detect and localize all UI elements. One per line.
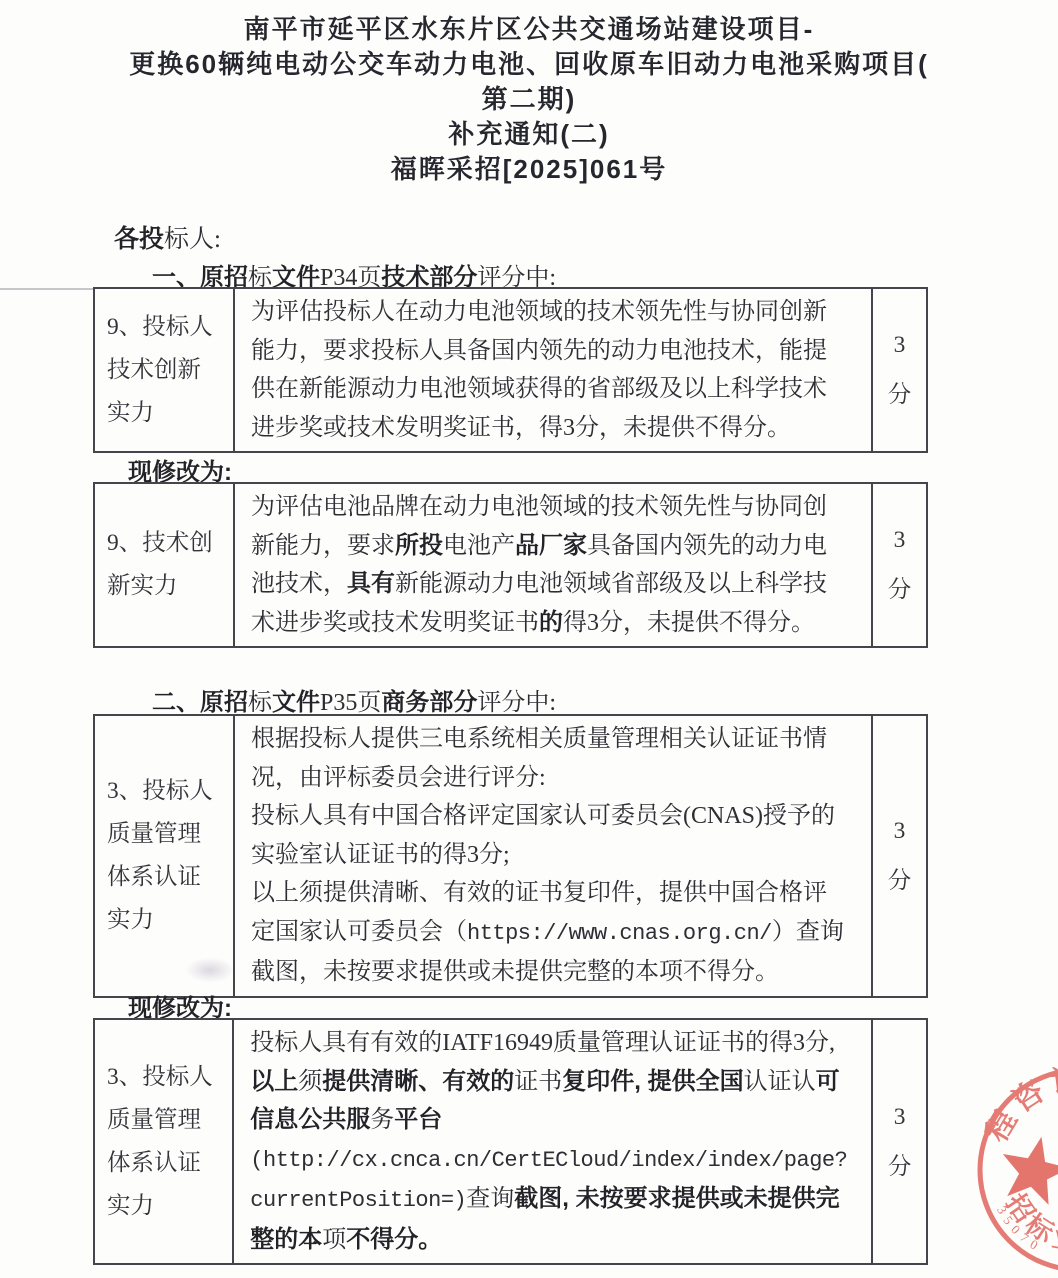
- scan-artifact-line: [0, 288, 95, 290]
- title-line-1: 南平市延平区水东片区公共交通场站建设项目-: [0, 12, 1058, 47]
- table-criteria-cell: 为评估电池品牌在动力电池领域的技术领先性与协同创新能力，要求所投电池产品厂家具备…: [235, 484, 873, 646]
- red-seal-stamp: 程咨询 招标业务 35070: [960, 1045, 1058, 1278]
- table-item-cell: 9、投标人 技术创新 实力: [95, 289, 235, 451]
- salutation: 各投标人:: [114, 219, 221, 255]
- seal-star-icon: [1003, 1137, 1058, 1205]
- section1-original-table: 9、投标人 技术创新 实力 为评估投标人在动力电池领域的技术领先性与协同创新能力…: [93, 287, 928, 453]
- section1-revised-table: 9、技术创 新实力 为评估电池品牌在动力电池领域的技术领先性与协同创新能力，要求…: [93, 482, 928, 648]
- table-criteria-cell: 根据投标人提供三电系统相关质量管理相关认证证书情况，由评标委员会进行评分: 投标…: [235, 716, 873, 996]
- table-score-cell: 3 分: [873, 289, 926, 451]
- table-criteria-cell: 为评估投标人在动力电池领域的技术领先性与协同创新能力，要求投标人具备国内领先的动…: [235, 289, 873, 451]
- section2-original-table: 3、投标人 质量管理 体系认证 实力 根据投标人提供三电系统相关质量管理相关认证…: [93, 714, 928, 998]
- document-subtitle: 补充通知(二): [0, 117, 1058, 152]
- document-reference-number: 福晖采招[2025]061号: [0, 152, 1058, 187]
- table-criteria-cell: 投标人具有有效的IATF16949质量管理认证证书的得3分, 以上须提供清晰、有…: [234, 1020, 873, 1263]
- table-score-cell: 3 分: [873, 716, 926, 996]
- table-score-cell: 3 分: [873, 484, 926, 646]
- document-title: 南平市延平区水东片区公共交通场站建设项目- 更换60辆纯电动公交车动力电池、回收…: [0, 12, 1058, 187]
- title-line-2: 更换60辆纯电动公交车动力电池、回收原车旧动力电池采购项目(: [0, 47, 1058, 82]
- section2-revised-table: 3、投标人 质量管理 体系认证 实力 投标人具有有效的IATF16949质量管理…: [93, 1018, 928, 1265]
- section2-heading: 二、原招标文件P35页商务部分评分中:: [152, 682, 556, 717]
- table-item-cell: 9、技术创 新实力: [95, 484, 235, 646]
- table-item-cell: 3、投标人 质量管理 体系认证 实力: [95, 1020, 234, 1263]
- table-item-cell: 3、投标人 质量管理 体系认证 实力: [95, 716, 235, 996]
- table-score-cell: 3 分: [873, 1020, 926, 1263]
- title-line-3: 第二期): [0, 82, 1058, 117]
